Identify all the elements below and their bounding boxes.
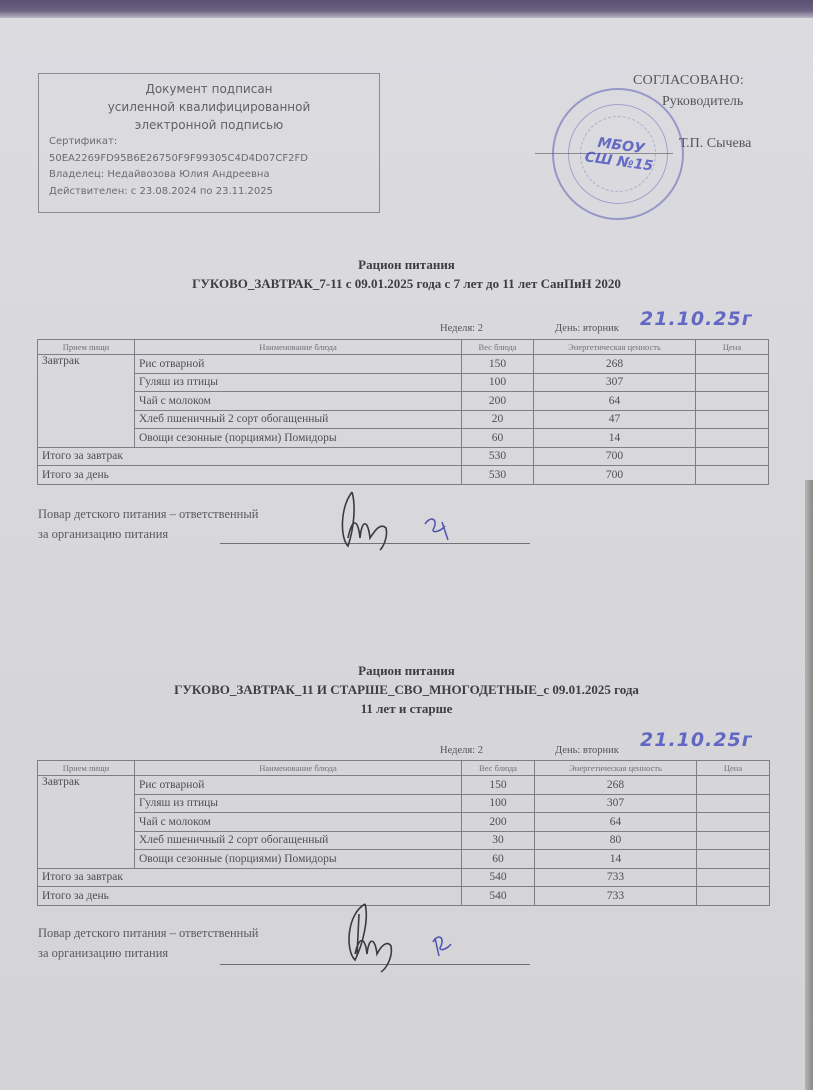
signature-heading-3: электронной подписью — [49, 116, 369, 134]
table-row: Хлеб пшеничный 2 сорт обогащенный 30 80 — [38, 831, 770, 850]
photo-top-edge — [0, 0, 813, 18]
approval-label: СОГЛАСОВАНО: — [633, 70, 744, 91]
table-row: Чай с молоком 200 64 — [38, 392, 769, 411]
certificate-label: Сертификат: — [49, 134, 369, 151]
menu2-week: Неделя: 2 — [440, 745, 483, 756]
menu1-week: Неделя: 2 — [440, 323, 483, 334]
total-day-price — [697, 887, 770, 906]
meal-cell: Завтрак — [38, 355, 135, 448]
weight-cell: 60 — [462, 850, 535, 869]
col-price: Цена — [697, 761, 770, 776]
approval-position: Руководитель — [662, 91, 743, 112]
menu2-footer-line-1: Повар детского питания – ответственный — [38, 924, 258, 943]
energy-cell: 268 — [535, 776, 697, 795]
price-cell — [696, 355, 769, 374]
price-cell — [696, 429, 769, 448]
weight-cell: 20 — [462, 410, 534, 429]
menu2-footer-line-2: за организацию питания — [38, 944, 168, 963]
menu1-subtitle: ГУКОВО_ЗАВТРАК_7-11 с 09.01.2025 года с … — [0, 275, 813, 293]
dish-cell: Гуляш из птицы — [135, 373, 462, 392]
weight-cell: 60 — [462, 429, 534, 448]
energy-cell: 307 — [535, 794, 697, 813]
total-breakfast-weight: 540 — [462, 868, 535, 887]
col-weight: Вес блюда — [462, 340, 534, 355]
price-cell — [697, 813, 770, 832]
total-day-weight: 530 — [462, 466, 534, 485]
certificate-owner: Владелец: Недайвозова Юлия Андреевна — [49, 167, 369, 184]
total-day-energy: 700 — [534, 466, 696, 485]
total-breakfast-label: Итого за завтрак — [38, 447, 462, 466]
dish-cell: Овощи сезонные (порциями) Помидоры — [135, 429, 462, 448]
weight-cell: 100 — [462, 373, 534, 392]
energy-cell: 307 — [534, 373, 696, 392]
dish-cell: Чай с молоком — [135, 813, 462, 832]
menu2-subtitle: ГУКОВО_ЗАВТРАК_11 И СТАРШЕ_СВО_МНОГОДЕТН… — [0, 681, 813, 699]
total-breakfast-price — [696, 447, 769, 466]
total-day-label: Итого за день — [38, 466, 462, 485]
weight-cell: 150 — [462, 355, 534, 374]
price-cell — [697, 850, 770, 869]
energy-cell: 14 — [535, 850, 697, 869]
dish-cell: Хлеб пшеничный 2 сорт обогащенный — [135, 831, 462, 850]
energy-cell: 64 — [534, 392, 696, 411]
menu2-handwritten-signature-icon — [335, 900, 485, 975]
total-day-energy: 733 — [535, 887, 697, 906]
price-cell — [696, 392, 769, 411]
total-day-row: Итого за день 530 700 — [38, 466, 769, 485]
total-breakfast-energy: 700 — [534, 447, 696, 466]
total-breakfast-price — [697, 868, 770, 887]
total-day-price — [696, 466, 769, 485]
price-cell — [696, 373, 769, 392]
dish-cell: Гуляш из птицы — [135, 794, 462, 813]
energy-cell: 47 — [534, 410, 696, 429]
energy-cell: 64 — [535, 813, 697, 832]
price-cell — [696, 410, 769, 429]
energy-cell: 268 — [534, 355, 696, 374]
menu2-table: Прием пищи Наименование блюда Вес блюда … — [37, 760, 770, 906]
total-breakfast-row: Итого за завтрак 540 733 — [38, 868, 770, 887]
price-cell — [697, 794, 770, 813]
weight-cell: 100 — [462, 794, 535, 813]
table-header-row: Прием пищи Наименование блюда Вес блюда … — [38, 761, 770, 776]
meal-cell: Завтрак — [38, 776, 135, 869]
menu1-table: Прием пищи Наименование блюда Вес блюда … — [37, 339, 769, 485]
col-dish: Наименование блюда — [135, 761, 462, 776]
col-meal: Прием пищи — [38, 340, 135, 355]
col-energy: Энергетическая ценность — [535, 761, 697, 776]
table-row: Хлеб пшеничный 2 сорт обогащенный 20 47 — [38, 410, 769, 429]
col-dish: Наименование блюда — [135, 340, 462, 355]
menu2-day: День: вторник — [555, 745, 619, 756]
menu1-footer-line-1: Повар детского питания – ответственный — [38, 505, 258, 524]
menu1-footer-line-2: за организацию питания — [38, 525, 168, 544]
price-cell — [697, 776, 770, 795]
dish-cell: Хлеб пшеничный 2 сорт обогащенный — [135, 410, 462, 429]
dish-cell: Рис отварной — [135, 776, 462, 795]
col-energy: Энергетическая ценность — [534, 340, 696, 355]
table-header-row: Прием пищи Наименование блюда Вес блюда … — [38, 340, 769, 355]
dish-cell: Овощи сезонные (порциями) Помидоры — [135, 850, 462, 869]
menu1-handwritten-signature-icon — [330, 488, 480, 553]
photo-right-edge — [805, 480, 813, 1090]
col-price: Цена — [696, 340, 769, 355]
energy-cell: 14 — [534, 429, 696, 448]
total-breakfast-energy: 733 — [535, 868, 697, 887]
menu1-title: Рацион питания — [0, 256, 813, 274]
table-row: Гуляш из птицы 100 307 — [38, 373, 769, 392]
official-stamp-icon: МБОУ СШ №15 — [552, 88, 684, 220]
table-row: Завтрак Рис отварной 150 268 — [38, 776, 770, 795]
col-weight: Вес блюда — [462, 761, 535, 776]
table-row: Овощи сезонные (порциями) Помидоры 60 14 — [38, 429, 769, 448]
weight-cell: 30 — [462, 831, 535, 850]
price-cell — [697, 831, 770, 850]
certificate-validity: Действителен: с 23.08.2024 по 23.11.2025 — [49, 184, 369, 201]
energy-cell: 80 — [535, 831, 697, 850]
certificate-id: 50EA2269FD95B6E26750F9F99305C4D4D07CF2FD — [49, 151, 369, 168]
dish-cell: Рис отварной — [135, 355, 462, 374]
total-breakfast-label: Итого за завтрак — [38, 868, 462, 887]
approval-name: Т.П. Сычева — [679, 133, 751, 154]
weight-cell: 200 — [462, 813, 535, 832]
table-row: Завтрак Рис отварной 150 268 — [38, 355, 769, 374]
table-row: Чай с молоком 200 64 — [38, 813, 770, 832]
menu1-day: День: вторник — [555, 323, 619, 334]
dish-cell: Чай с молоком — [135, 392, 462, 411]
electronic-signature-box: Документ подписан усиленной квалифициров… — [38, 73, 380, 213]
signature-heading-2: усиленной квалифицированной — [49, 98, 369, 116]
col-meal: Прием пищи — [38, 761, 135, 776]
total-breakfast-weight: 530 — [462, 447, 534, 466]
table-row: Гуляш из птицы 100 307 — [38, 794, 770, 813]
table-row: Овощи сезонные (порциями) Помидоры 60 14 — [38, 850, 770, 869]
menu2-handwritten-date: 21.10.25г — [640, 729, 753, 751]
menu1-handwritten-date: 21.10.25г — [640, 308, 753, 330]
menu2-title: Рацион питания — [0, 662, 813, 680]
total-breakfast-row: Итого за завтрак 530 700 — [38, 447, 769, 466]
signature-heading-1: Документ подписан — [49, 80, 369, 98]
weight-cell: 150 — [462, 776, 535, 795]
weight-cell: 200 — [462, 392, 534, 411]
menu2-subtitle-2: 11 лет и старше — [0, 700, 813, 718]
